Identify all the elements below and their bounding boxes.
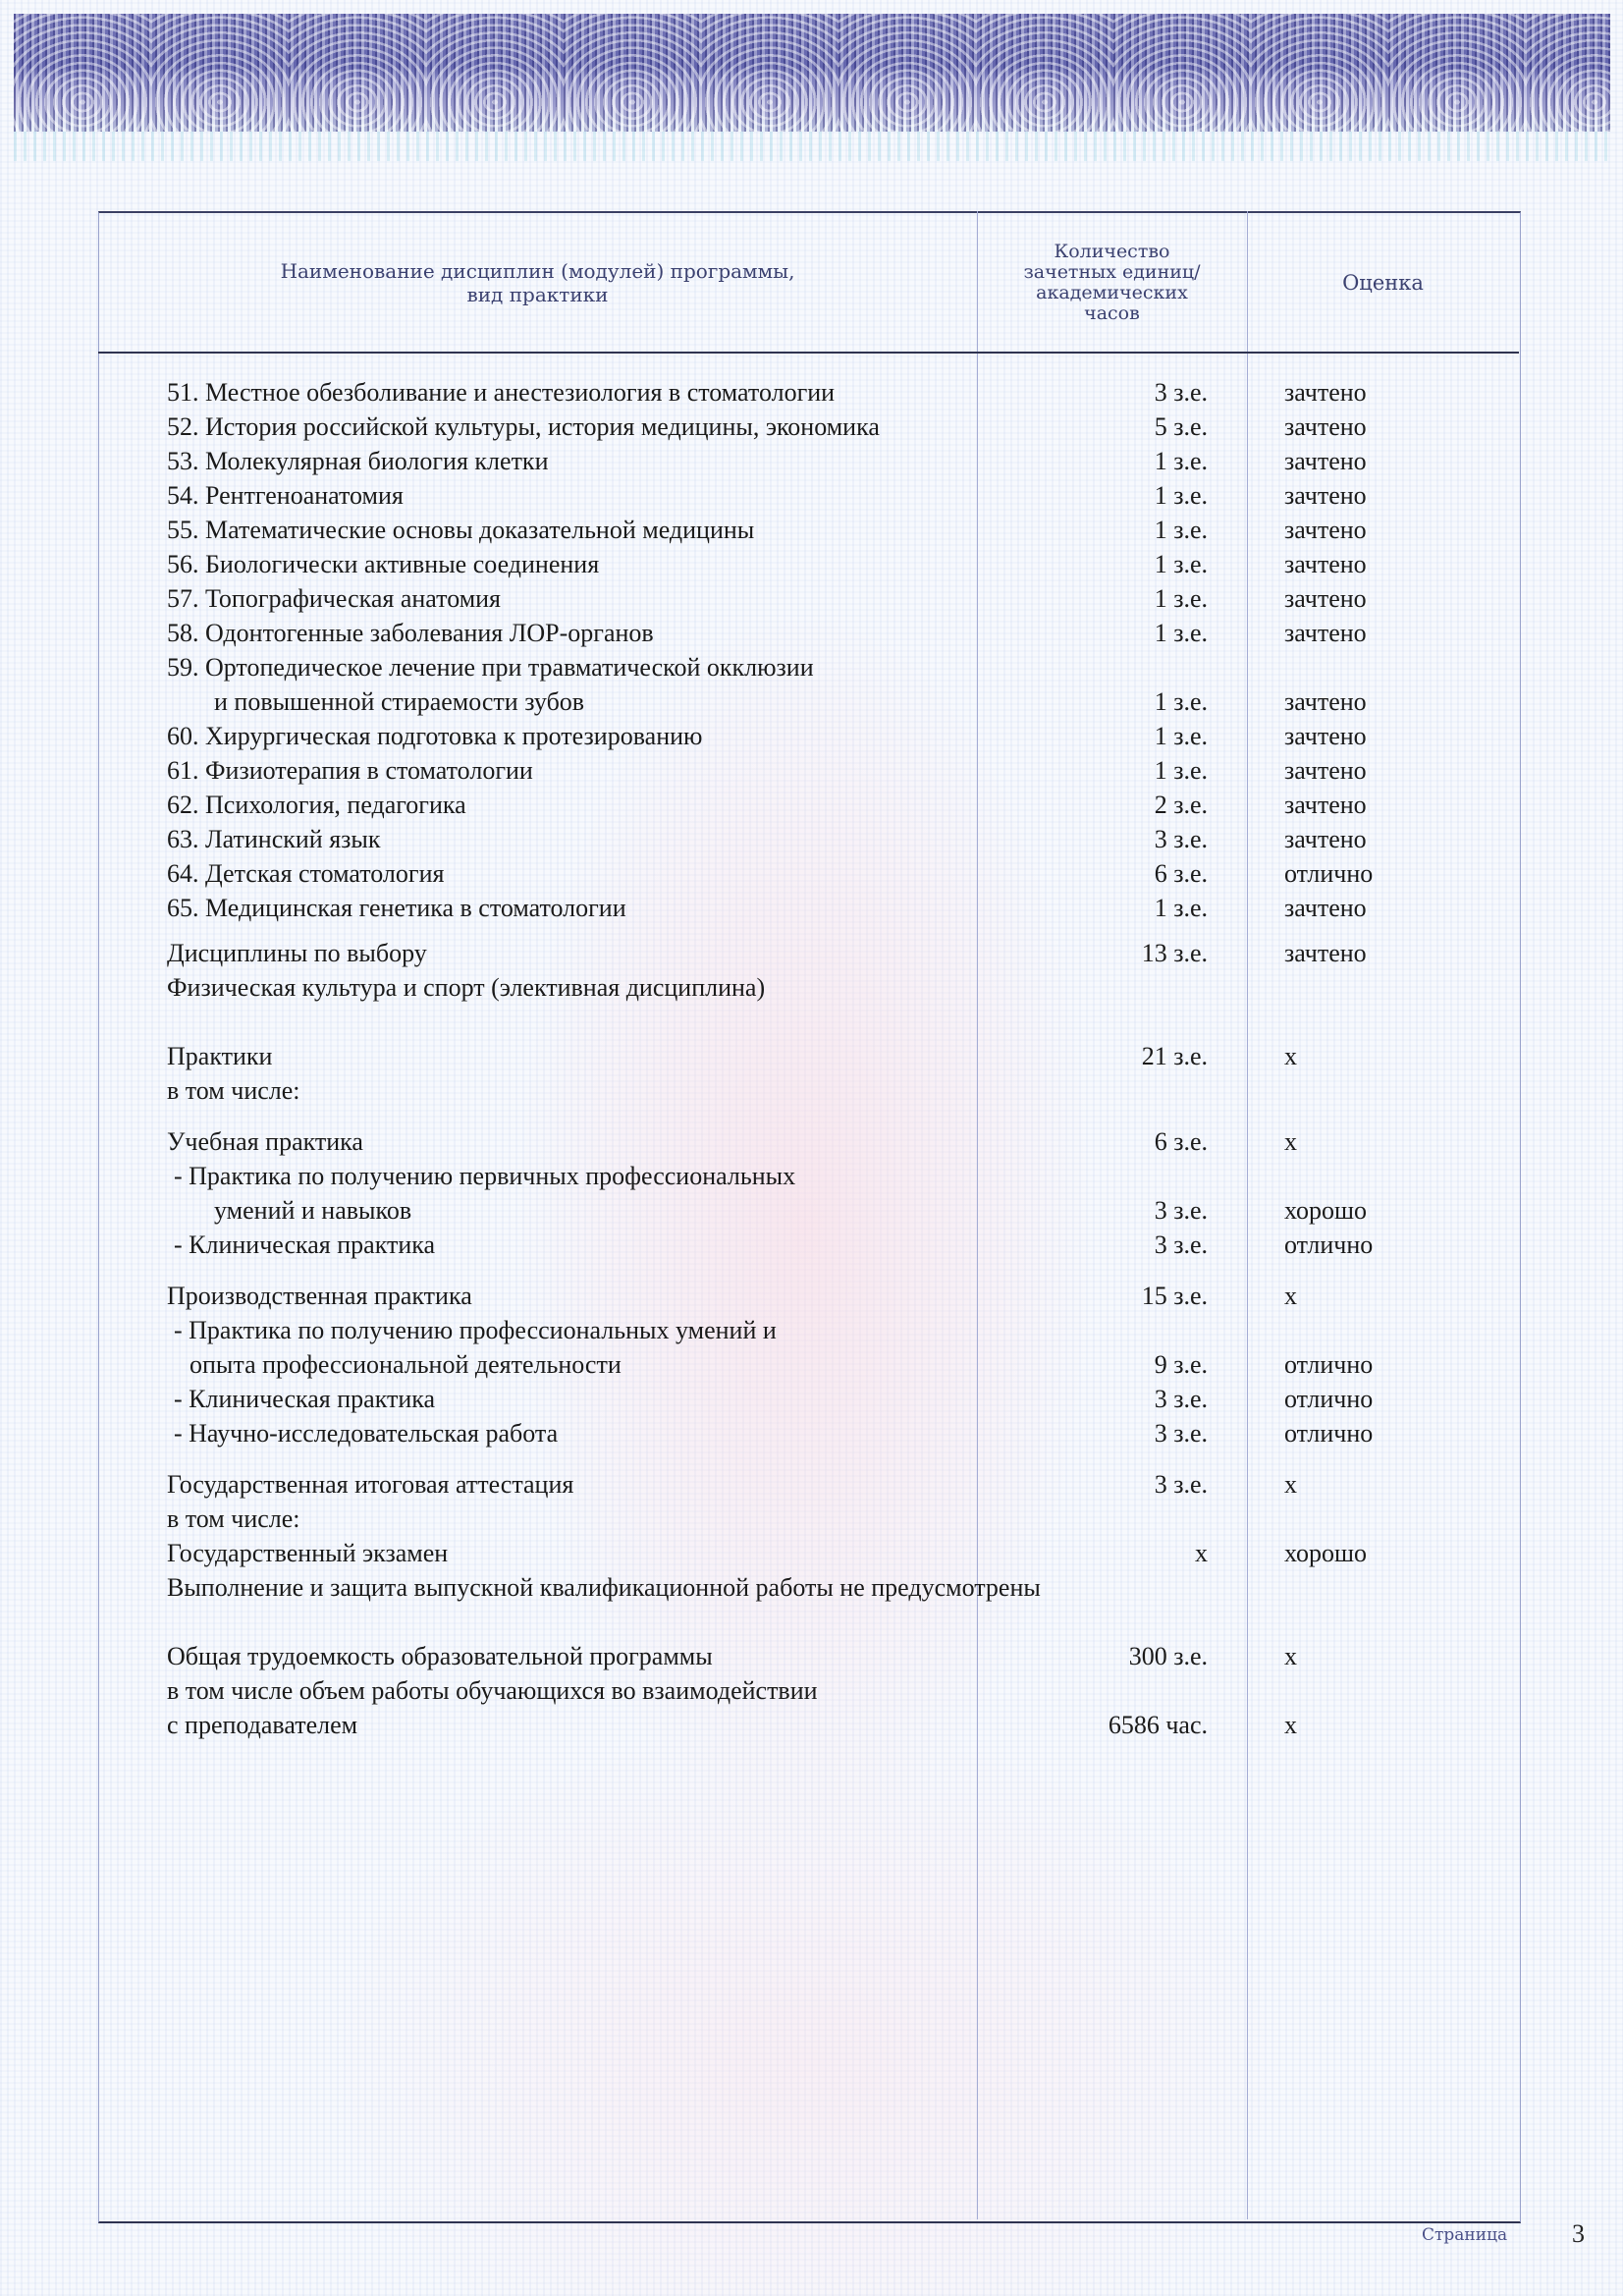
grade-value: зачтено	[1284, 616, 1367, 650]
discipline-name: Физическая культура и спорт (элективная …	[167, 970, 765, 1005]
credit-units: 6 з.е.	[1155, 856, 1208, 891]
table-row: Государственный экзаменххорошо	[0, 1536, 1623, 1570]
table-row: умений и навыков3 з.е.хорошо	[0, 1193, 1623, 1228]
credit-units: 5 з.е.	[1155, 410, 1208, 444]
discipline-name: 54. Рентгеноанатомия	[167, 478, 404, 513]
table-row: 55. Математические основы доказательной …	[0, 513, 1623, 547]
discipline-name: 53. Молекулярная биология клетки	[167, 444, 548, 478]
credit-units: 3 з.е.	[1155, 1416, 1208, 1450]
grade-value: отлично	[1284, 1347, 1373, 1382]
discipline-name: 51. Местное обезболивание и анестезиолог…	[167, 375, 835, 410]
column-header-units: Количество зачетных единиц/ академически…	[977, 213, 1247, 352]
grade-value: зачтено	[1284, 547, 1367, 581]
credit-units: 300 з.е.	[1129, 1639, 1208, 1673]
credit-units: 1 з.е.	[1155, 478, 1208, 513]
discipline-name: Общая трудоемкость образовательной прогр…	[167, 1639, 713, 1673]
grade-value: х	[1284, 1039, 1297, 1073]
column-header-discipline-text: Наименование дисциплин (модулей) програм…	[281, 259, 795, 306]
discipline-name: 62. Психология, педагогика	[167, 788, 466, 822]
table-row: опыта профессиональной деятельности9 з.е…	[0, 1347, 1623, 1382]
discipline-name: Дисциплины по выбору	[167, 936, 427, 970]
table-row: Практики21 з.е.х	[0, 1039, 1623, 1073]
table-row: в том числе объем работы обучающихся во …	[0, 1673, 1623, 1708]
credit-units: 1 з.е.	[1155, 513, 1208, 547]
credit-units: 1 з.е.	[1155, 684, 1208, 719]
grade-value: отлично	[1284, 1416, 1373, 1450]
table-row: 60. Хирургическая подготовка к протезиро…	[0, 719, 1623, 753]
credit-units: 3 з.е.	[1155, 1193, 1208, 1228]
credit-units: 1 з.е.	[1155, 753, 1208, 788]
discipline-name: - Научно-исследовательская работа	[174, 1416, 558, 1450]
discipline-name: Учебная практика	[167, 1124, 363, 1159]
page-number: 3	[1572, 2219, 1585, 2249]
credit-units: 3 з.е.	[1155, 1228, 1208, 1262]
discipline-name: 58. Одонтогенные заболевания ЛОР-органов	[167, 616, 654, 650]
grade-value: зачтено	[1284, 410, 1367, 444]
table-row: и повышенной стираемости зубов1 з.е.зачт…	[0, 684, 1623, 719]
discipline-name: - Клиническая практика	[174, 1382, 435, 1416]
table-row: 56. Биологически активные соединения1 з.…	[0, 547, 1623, 581]
table-row: Государственная итоговая аттестация3 з.е…	[0, 1467, 1623, 1502]
table-row: Выполнение и защита выпускной квалификац…	[0, 1570, 1623, 1605]
credit-units: 2 з.е.	[1155, 788, 1208, 822]
table-row: 62. Психология, педагогика2 з.е.зачтено	[0, 788, 1623, 822]
discipline-name: 65. Медицинская генетика в стоматологии	[167, 891, 626, 925]
table-row: Дисциплины по выбору13 з.е.зачтено	[0, 936, 1623, 970]
table-row: 52. История российской культуры, история…	[0, 410, 1623, 444]
discipline-name: умений и навыков	[214, 1193, 411, 1228]
table-row: 57. Топографическая анатомия1 з.е.зачтен…	[0, 581, 1623, 616]
table-row: 58. Одонтогенные заболевания ЛОР-органов…	[0, 616, 1623, 650]
grade-value: хорошо	[1284, 1193, 1367, 1228]
column-header-grade-text: Оценка	[1342, 271, 1424, 295]
table-row: - Клиническая практика3 з.е.отлично	[0, 1228, 1623, 1262]
credit-units: 15 з.е.	[1142, 1279, 1208, 1313]
discipline-name: Выполнение и защита выпускной квалификац…	[167, 1570, 1041, 1605]
grade-value: зачтено	[1284, 719, 1367, 753]
credit-units: 3 з.е.	[1155, 375, 1208, 410]
credit-units: 6 з.е.	[1155, 1124, 1208, 1159]
grade-value: зачтено	[1284, 788, 1367, 822]
discipline-name: с преподавателем	[167, 1708, 357, 1742]
grade-value: зачтено	[1284, 375, 1367, 410]
table-row: 53. Молекулярная биология клетки1 з.е.за…	[0, 444, 1623, 478]
credit-units: 21 з.е.	[1142, 1039, 1208, 1073]
discipline-name: в том числе объем работы обучающихся во …	[167, 1673, 818, 1708]
discipline-name: - Клиническая практика	[174, 1228, 435, 1262]
discipline-name: 59. Ортопедическое лечение при травматич…	[167, 650, 814, 684]
discipline-name: 57. Топографическая анатомия	[167, 581, 501, 616]
table-row: Общая трудоемкость образовательной прогр…	[0, 1639, 1623, 1673]
header-divider	[98, 352, 1519, 354]
grade-value: х	[1284, 1467, 1297, 1502]
table-row: 64. Детская стоматология6 з.е.отлично	[0, 856, 1623, 891]
table-row: в том числе:	[0, 1073, 1623, 1108]
column-header-discipline: Наименование дисциплин (модулей) програм…	[98, 213, 977, 352]
discipline-name: 64. Детская стоматология	[167, 856, 444, 891]
guilloche-fringe	[14, 132, 1610, 161]
credit-units: 1 з.е.	[1155, 719, 1208, 753]
discipline-name: Государственная итоговая аттестация	[167, 1467, 573, 1502]
discipline-name: в том числе:	[167, 1502, 300, 1536]
grade-value: зачтено	[1284, 936, 1367, 970]
column-header-grade: Оценка	[1247, 213, 1519, 352]
grade-value: х	[1284, 1279, 1297, 1313]
table-row: Производственная практика15 з.е.х	[0, 1279, 1623, 1313]
discipline-name: и повышенной стираемости зубов	[214, 684, 584, 719]
table-row: - Практика по получению профессиональных…	[0, 1313, 1623, 1347]
page-label: Страница	[1422, 2225, 1507, 2245]
grade-value: отлично	[1284, 856, 1373, 891]
discipline-name: 56. Биологически активные соединения	[167, 547, 599, 581]
discipline-name: 60. Хирургическая подготовка к протезиро…	[167, 719, 702, 753]
table-row: 63. Латинский язык3 з.е.зачтено	[0, 822, 1623, 856]
column-header-units-text: Количество зачетных единиц/ академически…	[1023, 242, 1200, 324]
grade-value: зачтено	[1284, 444, 1367, 478]
table-row: Физическая культура и спорт (элективная …	[0, 970, 1623, 1005]
grade-value: зачтено	[1284, 753, 1367, 788]
table-row: - Практика по получению первичных профес…	[0, 1159, 1623, 1193]
credit-units: 1 з.е.	[1155, 581, 1208, 616]
discipline-name: Производственная практика	[167, 1279, 472, 1313]
discipline-name: Практики	[167, 1039, 272, 1073]
grade-value: зачтено	[1284, 891, 1367, 925]
credit-units: 1 з.е.	[1155, 547, 1208, 581]
grade-value: х	[1284, 1639, 1297, 1673]
grade-value: зачтено	[1284, 822, 1367, 856]
grade-value: отлично	[1284, 1382, 1373, 1416]
grade-value: отлично	[1284, 1228, 1373, 1262]
table-row: 54. Рентгеноанатомия1 з.е.зачтено	[0, 478, 1623, 513]
credit-units: 1 з.е.	[1155, 891, 1208, 925]
grade-value: зачтено	[1284, 478, 1367, 513]
discipline-name: Государственный экзамен	[167, 1536, 448, 1570]
credit-units: 9 з.е.	[1155, 1347, 1208, 1382]
table-row: 51. Местное обезболивание и анестезиолог…	[0, 375, 1623, 410]
discipline-name: - Практика по получению первичных профес…	[174, 1159, 795, 1193]
discipline-name: 55. Математические основы доказательной …	[167, 513, 754, 547]
discipline-name: опыта профессиональной деятельности	[189, 1347, 622, 1382]
table-row: с преподавателем6586 час.х	[0, 1708, 1623, 1742]
discipline-name: 61. Физиотерапия в стоматологии	[167, 753, 533, 788]
table-row: 61. Физиотерапия в стоматологии1 з.е.зач…	[0, 753, 1623, 788]
table-row: - Клиническая практика3 з.е.отлично	[0, 1382, 1623, 1416]
table-row: - Научно-исследовательская работа3 з.е.о…	[0, 1416, 1623, 1450]
table-row: Учебная практика6 з.е.х	[0, 1124, 1623, 1159]
discipline-name: 63. Латинский язык	[167, 822, 381, 856]
credit-units: 1 з.е.	[1155, 444, 1208, 478]
grade-value: х	[1284, 1124, 1297, 1159]
credit-units: 6586 час.	[1109, 1708, 1208, 1742]
credit-units: 3 з.е.	[1155, 1467, 1208, 1502]
grade-value: хорошо	[1284, 1536, 1367, 1570]
credit-units: 13 з.е.	[1142, 936, 1208, 970]
discipline-name: 52. История российской культуры, история…	[167, 410, 880, 444]
credit-units: 1 з.е.	[1155, 616, 1208, 650]
grade-value: зачтено	[1284, 684, 1367, 719]
credit-units: 3 з.е.	[1155, 1382, 1208, 1416]
grade-value: зачтено	[1284, 581, 1367, 616]
credit-units: 3 з.е.	[1155, 822, 1208, 856]
grade-value: зачтено	[1284, 513, 1367, 547]
table-row: 59. Ортопедическое лечение при травматич…	[0, 650, 1623, 684]
guilloche-border-pattern	[14, 14, 1610, 132]
table-row: 65. Медицинская генетика в стоматологии1…	[0, 891, 1623, 925]
discipline-name: в том числе:	[167, 1073, 300, 1108]
table-row: в том числе:	[0, 1502, 1623, 1536]
discipline-name: - Практика по получению профессиональных…	[174, 1313, 777, 1347]
grade-value: х	[1284, 1708, 1297, 1742]
credit-units: х	[1195, 1536, 1208, 1570]
